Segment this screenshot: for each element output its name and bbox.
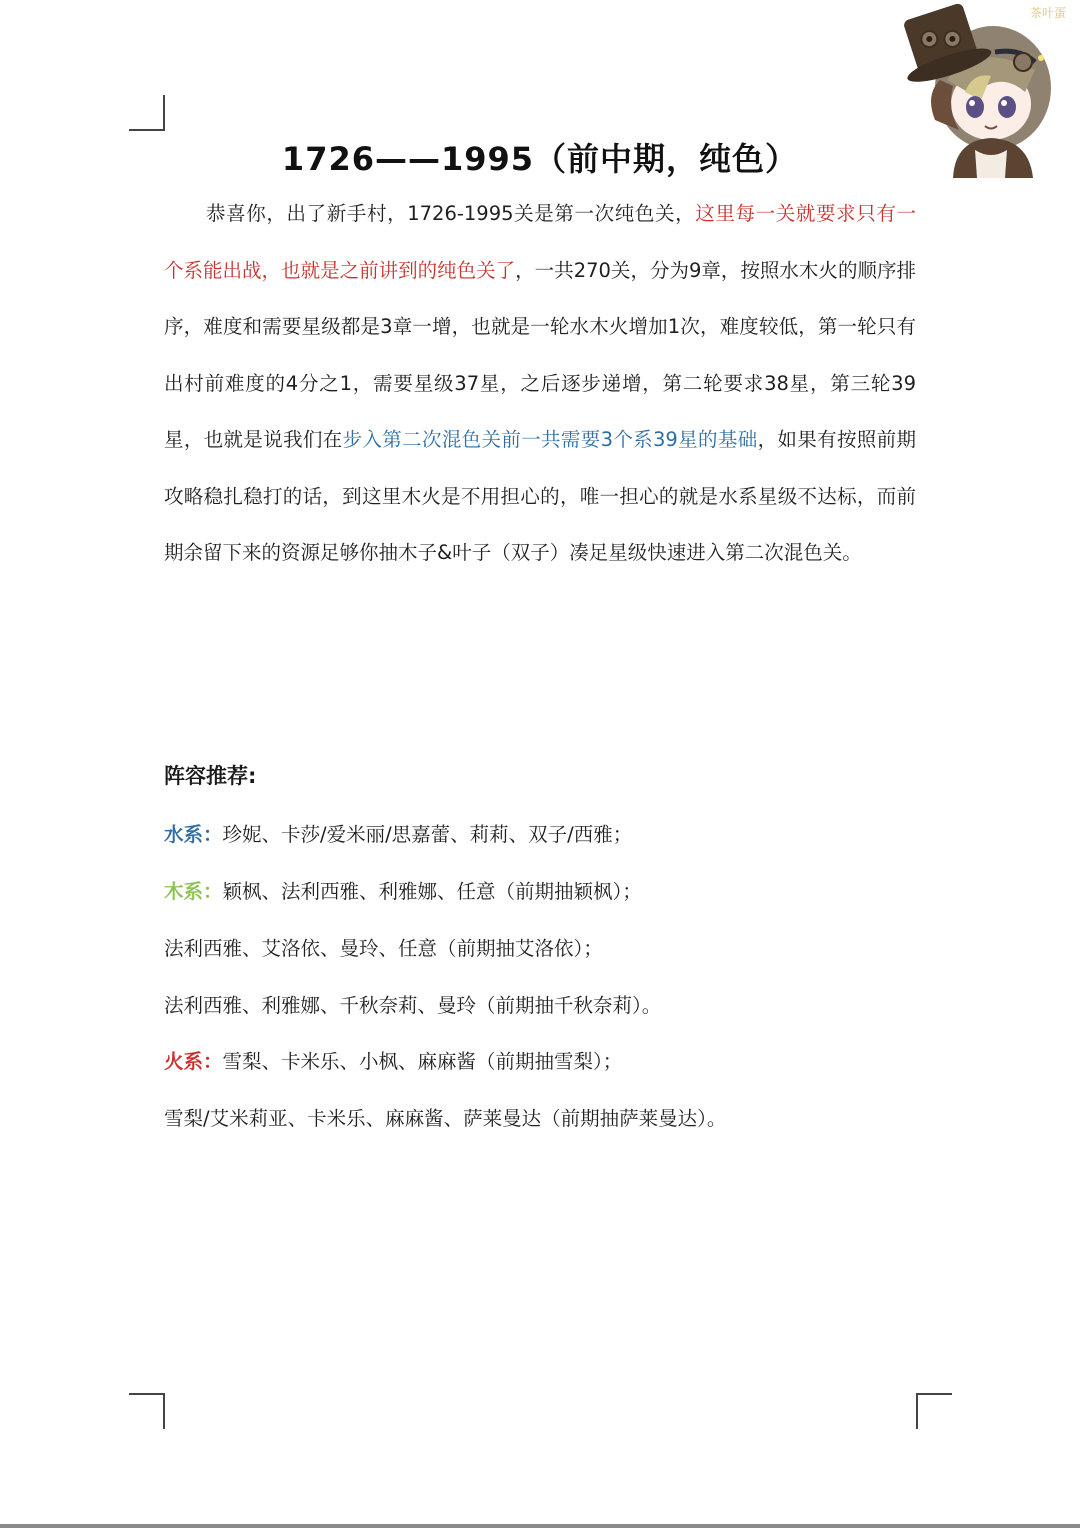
document-title: 1726——1995（前中期，纯色） <box>0 134 1080 180</box>
water-label: 水系： <box>164 823 223 846</box>
lineup-heading: 阵容推荐: <box>164 760 256 790</box>
wood-label: 木系： <box>164 880 223 903</box>
crop-mark-bottom-left <box>129 1393 165 1429</box>
lineup-line: 颖枫、法利西雅、利雅娜、任意（前期抽颖枫）； <box>223 880 642 903</box>
lineup-fire: 火系：雪梨、卡米乐、小枫、麻麻酱（前期抽雪梨）； <box>164 1046 622 1074</box>
intro-text: ，一共270关，分为9章，按照水木火的顺序排序，难度和需要星级都是3章一增，也就… <box>164 259 916 452</box>
lineup-water: 水系：珍妮、卡莎/爱米丽/思嘉蕾、莉莉、双子/西雅； <box>164 819 632 847</box>
lineup-line: 法利西雅、利雅娜、千秋奈莉、曼玲（前期抽千秋奈莉）。 <box>164 994 661 1017</box>
lineup-wood-alt-1: 法利西雅、艾洛依、曼玲、任意（前期抽艾洛依）； <box>164 933 603 961</box>
lineup-fire-alt: 雪梨/艾米莉亚、卡米乐、麻麻酱、萨莱曼达（前期抽萨莱曼达）。 <box>164 1103 726 1131</box>
bottom-scroll-bar <box>0 1524 1080 1528</box>
lineup-line: 法利西雅、艾洛依、曼玲、任意（前期抽艾洛依）； <box>164 937 603 960</box>
intro-paragraph: 恭喜你，出了新手村，1726-1995关是第一次纯色关，这里每一关就要求只有一个… <box>164 186 916 582</box>
lineup-line: 雪梨、卡米乐、小枫、麻麻酱（前期抽雪梨）； <box>223 1050 623 1073</box>
crop-mark-bottom-right <box>916 1393 952 1429</box>
lineup-wood-alt-2: 法利西雅、利雅娜、千秋奈莉、曼玲（前期抽千秋奈莉）。 <box>164 990 661 1018</box>
lineup-line: 珍妮、卡莎/爱米丽/思嘉蕾、莉莉、双子/西雅； <box>223 823 633 846</box>
crop-mark-top-left <box>129 95 165 131</box>
fire-label: 火系： <box>164 1050 223 1073</box>
intro-text: 恭喜你，出了新手村，1726-1995关是第一次纯色关， <box>206 202 695 225</box>
intro-highlight-blue: 步入第二次混色关前一共需要3个系39星的基础 <box>343 428 758 451</box>
lineup-line: 雪梨/艾米莉亚、卡米乐、麻麻酱、萨莱曼达（前期抽萨莱曼达）。 <box>164 1107 726 1130</box>
lineup-wood: 木系：颖枫、法利西雅、利雅娜、任意（前期抽颖枫）； <box>164 876 642 904</box>
